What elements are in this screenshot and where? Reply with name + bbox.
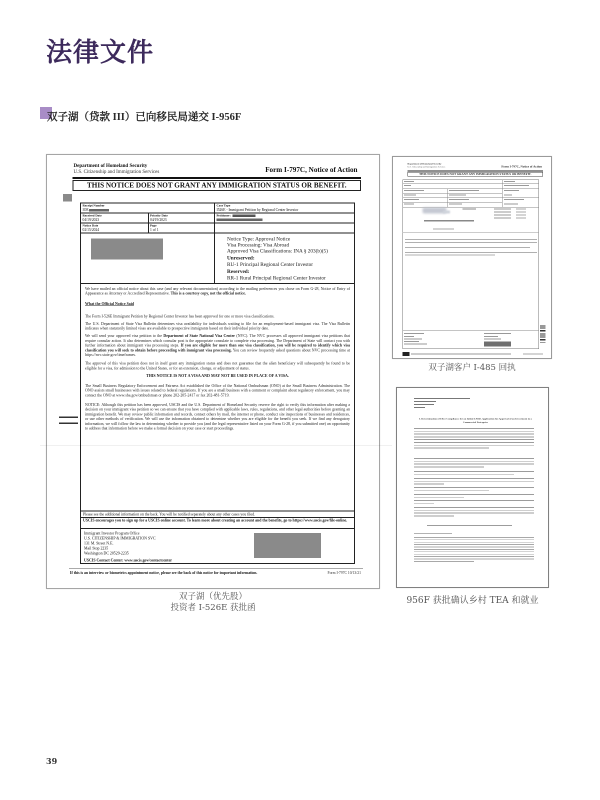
text-line-placeholder xyxy=(414,551,534,552)
margin-mark xyxy=(59,423,78,425)
text-line-placeholder xyxy=(516,218,526,219)
text-line-placeholder xyxy=(414,466,484,467)
letter-heading: I. Determination of EB-5 Compliance for … xyxy=(417,418,534,425)
redaction-square xyxy=(63,194,72,202)
additional-info-text: Please see the additional information on… xyxy=(83,512,255,517)
text-line-placeholder xyxy=(414,561,474,562)
text-line-placeholder xyxy=(484,336,498,337)
notice-date-value: 02/15/2024 xyxy=(83,228,100,232)
text-line-placeholder xyxy=(516,209,526,210)
text-line-placeholder xyxy=(516,212,526,213)
agency-subname: U.S. Citizenship and Immigration Service… xyxy=(74,169,160,175)
form-title: Form I-797C, Notice of Action xyxy=(501,165,542,169)
notice-banner: THIS NOTICE DOES NOT GRANT ANY IMMIGRATI… xyxy=(408,172,544,177)
margin-mark xyxy=(59,417,78,419)
redaction-bar xyxy=(232,215,255,218)
ombudsman-paragraph: The Small Business Regulatory Enforcemen… xyxy=(85,383,350,397)
text-line-placeholder xyxy=(523,354,543,355)
text-line-placeholder xyxy=(405,247,530,248)
barcode-stripe xyxy=(540,342,546,343)
text-line-placeholder xyxy=(414,434,534,435)
text-line-placeholder xyxy=(414,471,534,472)
footer-note: If this is an interview or biometrics ap… xyxy=(70,571,257,576)
text-line-placeholder xyxy=(414,448,489,449)
approval-paragraph: The Form I-526E Immigrant Petition by Re… xyxy=(85,314,350,319)
received-date-value: 04/19/2023 xyxy=(83,218,100,222)
section-divider xyxy=(80,528,355,529)
text-line-placeholder xyxy=(414,554,534,555)
text-line-placeholder xyxy=(404,190,424,191)
text-line-placeholder xyxy=(405,239,537,240)
scan-artifact-line xyxy=(40,445,392,446)
text-line-placeholder xyxy=(449,190,479,191)
reserved-value: RR-1 Rural Principal Regional Center Inv… xyxy=(227,276,326,282)
text-line-placeholder xyxy=(494,215,511,216)
caption-line: 双子湖（优先股） xyxy=(46,592,380,603)
text-line-placeholder xyxy=(414,407,425,408)
nvc-paragraph: We will send your approved visa petition… xyxy=(85,334,350,358)
text-line-placeholder xyxy=(414,398,470,399)
barcode-stripe xyxy=(540,333,546,334)
redacted-address-box xyxy=(91,239,163,260)
text-line-placeholder xyxy=(405,242,537,243)
barcode-stripe xyxy=(540,336,546,337)
barcode-stripe xyxy=(540,329,546,330)
status-disclaimer-paragraph: The approval of this visa petition does … xyxy=(85,361,350,370)
barcode-stripe xyxy=(540,332,546,333)
redaction-bar xyxy=(89,209,109,212)
text-line-placeholder xyxy=(504,181,515,182)
case-info-table: Receipt Number IOE Case Type I526E - Imm… xyxy=(80,203,355,285)
text-line-placeholder xyxy=(424,220,474,221)
caption-line: 投资者 I-526E 获批函 xyxy=(46,603,380,614)
table-divider xyxy=(403,184,540,185)
page-number: 39 xyxy=(46,756,57,766)
priority-date-value: 04/19/2023 xyxy=(150,218,167,222)
table-divider xyxy=(403,197,540,198)
i797c-approval-notice-image: Department of Homeland Security U.S. Cit… xyxy=(46,154,380,589)
text-line-placeholder xyxy=(404,199,419,200)
paragraph-bold-text: This is a courtesy copy, not the officia… xyxy=(171,291,246,296)
footer-form-code: Form I-797C 10/13/21 xyxy=(328,571,361,576)
text-line-placeholder xyxy=(404,204,414,205)
text-line-placeholder xyxy=(504,190,519,191)
text-line-placeholder xyxy=(414,542,534,543)
text-line-placeholder xyxy=(414,484,444,485)
text-line-placeholder xyxy=(463,209,477,210)
text-line-placeholder xyxy=(414,431,534,432)
case-type-value: I526E - Immigrant Petition by Regional C… xyxy=(217,208,299,212)
visa-bulletin-paragraph: The U.S. Department of State Visa Bullet… xyxy=(85,321,350,330)
text-line-placeholder xyxy=(414,481,534,482)
text-line-placeholder xyxy=(414,513,534,514)
text-line-placeholder xyxy=(504,199,524,200)
text-line-placeholder xyxy=(414,556,534,557)
section-divider xyxy=(403,331,540,332)
text-line-placeholder xyxy=(405,252,537,253)
text-line-placeholder xyxy=(414,474,514,475)
petitioner-label-text: Petitioner: xyxy=(217,214,231,218)
text-line-placeholder xyxy=(449,195,466,196)
text-line-placeholder xyxy=(504,185,529,186)
text-line-placeholder xyxy=(484,333,511,334)
text-line-placeholder xyxy=(405,255,495,256)
text-line-placeholder xyxy=(414,500,534,501)
text-line-placeholder xyxy=(449,199,469,200)
visa-classifications: Approved Visa Classifications: INA § 203… xyxy=(227,249,328,255)
text-line-placeholder xyxy=(414,404,434,405)
page-value: 1 of 1 xyxy=(150,228,159,232)
redacted-recipient-box xyxy=(254,533,321,558)
table-divider xyxy=(448,189,449,208)
main-document-caption: 双子湖（优先股） 投资者 I-526E 获批函 xyxy=(46,592,380,614)
agency-name: Department of Homeland Security xyxy=(74,163,148,169)
text-line-placeholder xyxy=(404,181,414,182)
text-line-placeholder xyxy=(427,525,512,526)
footnote-rule xyxy=(414,534,452,535)
barcode-stripe xyxy=(540,327,546,328)
text-line-placeholder xyxy=(494,209,511,210)
office-address-line: Washington DC 20529-2235 xyxy=(84,551,129,556)
text-line-placeholder xyxy=(516,215,526,216)
notice-body-text: We have mailed an official notice about … xyxy=(85,287,350,431)
i956f-approval-letter-image: I. Determination of EB-5 Compliance for … xyxy=(396,387,549,588)
text-line-placeholder xyxy=(414,507,534,508)
page-title: 法律文件 xyxy=(46,36,154,70)
reserved-label: Reserved: xyxy=(227,269,249,275)
text-line-placeholder xyxy=(414,490,489,491)
courtesy-copy-paragraph: We have mailed an official notice about … xyxy=(85,287,350,296)
receipt-caption: 双子湖客户 I-485 回执 xyxy=(392,363,552,374)
table-divider xyxy=(214,204,215,284)
text-line-placeholder xyxy=(414,510,534,511)
text-line-placeholder xyxy=(411,354,511,355)
redaction-smudge xyxy=(443,211,450,214)
text-line-placeholder xyxy=(414,401,436,402)
text-line-placeholder xyxy=(414,436,534,437)
table-divider xyxy=(403,193,503,194)
text-line-placeholder xyxy=(494,212,511,213)
text-line-placeholder xyxy=(414,428,534,429)
text-line-placeholder xyxy=(414,544,534,545)
text-line-placeholder xyxy=(404,333,424,334)
section-heading: 双子湖（贷款 III）已向移民局递交 I-956F xyxy=(47,111,241,124)
text-line-placeholder xyxy=(494,218,511,219)
official-notice-heading: What the Official Notice Said xyxy=(85,301,350,306)
letter-caption: 956F 获批确认乡村 TEA 和就业 xyxy=(396,595,549,607)
text-line-placeholder xyxy=(404,185,411,186)
text-line-placeholder xyxy=(449,204,462,205)
text-line-placeholder xyxy=(414,549,534,550)
unreserved-label: Unreserved: xyxy=(227,256,255,262)
agency-subname: U.S. Citizenship and Immigration Service… xyxy=(408,166,446,169)
i485-receipt-notice-image: Department of Homeland Security U.S. Cit… xyxy=(392,156,552,359)
text-line-placeholder xyxy=(404,344,427,345)
text-line-placeholder xyxy=(414,461,534,462)
footer-mark xyxy=(403,352,410,356)
text-line-placeholder xyxy=(414,497,464,498)
table-divider xyxy=(502,180,503,208)
text-line-placeholder xyxy=(414,478,534,479)
text-line-placeholder xyxy=(414,445,534,446)
text-line-placeholder xyxy=(414,547,534,548)
footer-rule xyxy=(69,569,363,570)
header-rule xyxy=(73,177,362,179)
text-line-placeholder xyxy=(404,339,422,340)
text-line-placeholder xyxy=(484,339,501,340)
petitioner-label: Petitioner: xyxy=(217,214,256,218)
section-divider xyxy=(403,232,540,233)
table-divider xyxy=(81,233,354,234)
redaction-bar xyxy=(217,219,263,222)
text-line-placeholder xyxy=(414,539,534,540)
redaction-bar xyxy=(484,342,511,347)
not-a-visa-notice: THIS NOTICE IS NOT A VISA AND MAY NOT BE… xyxy=(85,374,350,379)
barcode-stripe xyxy=(540,341,546,342)
receipt-number-value: IOE xyxy=(83,208,110,212)
text-line-placeholder xyxy=(414,515,454,516)
text-line-placeholder xyxy=(414,458,534,459)
online-account-text: USCIS encourages you to sign up for a US… xyxy=(83,518,351,523)
text-line-placeholder xyxy=(404,341,419,342)
text-line-placeholder xyxy=(504,195,512,196)
contact-center-text: USCIS Contact Center: www.uscis.gov/cont… xyxy=(84,558,172,563)
barcode-stripe xyxy=(540,338,546,339)
text-line-placeholder xyxy=(414,494,534,495)
text-line-placeholder xyxy=(414,439,534,440)
table-divider xyxy=(81,223,354,224)
form-title: Form I-797C, Notice of Action xyxy=(265,166,357,174)
table-divider xyxy=(148,213,149,234)
text-line-placeholder xyxy=(414,487,534,488)
text-line-placeholder xyxy=(404,195,416,196)
receipt-number-prefix: IOE xyxy=(83,208,89,213)
text-line-placeholder xyxy=(414,464,534,465)
text-line-placeholder xyxy=(414,537,534,538)
text-line-placeholder xyxy=(414,442,534,443)
form-outline xyxy=(403,180,540,350)
text-line-placeholder xyxy=(414,559,534,560)
text-line-placeholder xyxy=(414,503,434,504)
notice-banner: THIS NOTICE DOES NOT GRANT ANY IMMIGRATI… xyxy=(73,180,362,191)
text-line-placeholder xyxy=(404,336,414,337)
verification-notice-paragraph: NOTICE: Although this petition has been … xyxy=(85,402,350,430)
table-divider xyxy=(403,189,540,190)
unreserved-value: RU-1 Principal Regional Center Investor xyxy=(227,262,313,268)
table-divider xyxy=(403,202,503,203)
text-line-placeholder xyxy=(504,204,518,205)
text-line-placeholder xyxy=(433,229,454,230)
